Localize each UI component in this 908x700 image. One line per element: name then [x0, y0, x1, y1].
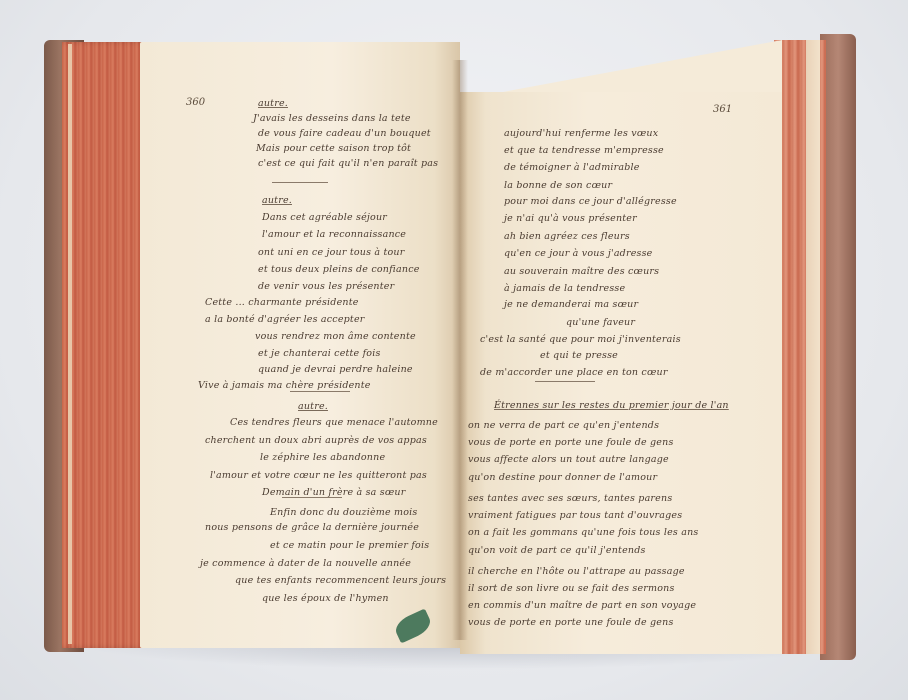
handwritten-line: nous pensons de grâce la dernière journé… — [205, 522, 419, 533]
handwritten-line: vous de porte en porte une foule de gens — [468, 617, 674, 628]
handwritten-line: que les époux de l'hymen — [262, 593, 389, 604]
left-page-edge-highlight — [68, 44, 72, 644]
handwritten-line: et je chanterai cette fois — [258, 348, 381, 359]
right-page-stack — [806, 40, 820, 654]
section-divider — [272, 182, 328, 183]
handwritten-line: qu'en ce jour à vous j'adresse — [504, 248, 653, 259]
handwritten-line: qu'on destine pour donner de l'amour — [468, 472, 657, 483]
handwritten-line: à jamais de la tendresse — [504, 283, 625, 294]
handwritten-line: de venir vous les présenter — [258, 281, 394, 292]
handwritten-line: et ce matin pour le premier fois — [270, 540, 429, 551]
handwritten-line: aujourd'hui renferme les vœux — [504, 128, 658, 139]
right-page-number: 361 — [713, 104, 732, 115]
handwritten-line: vous affecte alors un tout autre langage — [468, 454, 669, 465]
section-divider — [290, 391, 350, 392]
handwritten-line: et qui te presse — [540, 350, 618, 361]
handwritten-line: qu'on voit de part ce qu'il j'entends — [468, 545, 646, 556]
poem-heading: autre. — [262, 195, 292, 206]
handwritten-line: on a fait les gommans qu'une fois tous l… — [468, 527, 698, 538]
handwritten-line: la bonne de son cœur — [504, 180, 612, 191]
handwritten-line: ah bien agréez ces fleurs — [504, 231, 630, 242]
handwritten-line: au souverain maître des cœurs — [504, 266, 659, 277]
handwritten-line: Mais pour cette saison trop tôt — [256, 143, 411, 154]
handwritten-line: l'amour et la reconnaissance — [262, 229, 406, 240]
poem-heading: autre. — [258, 98, 288, 109]
handwritten-line: en commis d'un maître de part en son voy… — [468, 600, 696, 611]
handwritten-line: il sort de son livre ou se fait des serm… — [468, 583, 675, 594]
handwritten-line: le zéphire les abandonne — [260, 452, 385, 463]
book-gutter — [452, 60, 468, 640]
handwritten-line: vous rendrez mon âme contente — [255, 331, 416, 342]
handwritten-line: vous de porte en porte une foule de gens — [468, 437, 674, 448]
handwritten-line: je commence à dater de la nouvelle année — [200, 558, 411, 569]
handwritten-line: on ne verra de part ce qu'en j'entends — [468, 420, 659, 431]
handwritten-line: je ne demanderai ma sœur — [504, 299, 638, 310]
handwritten-line: c'est la santé que pour moi j'inventerai… — [480, 334, 681, 345]
handwritten-line: que tes enfants recommencent leurs jours — [235, 575, 446, 586]
handwritten-line: Vive à jamais ma chère présidente — [198, 380, 371, 391]
handwritten-line: Dans cet agréable séjour — [262, 212, 387, 223]
handwritten-line: Cette ... charmante présidente — [205, 297, 359, 308]
handwritten-line: de m'accorder une place en ton cœur — [480, 367, 668, 378]
handwritten-line: Ces tendres fleurs que menace l'automne — [230, 417, 438, 428]
handwritten-line: qu'une faveur — [566, 317, 635, 328]
handwritten-line: de vous faire cadeau d'un bouquet — [258, 128, 431, 139]
handwritten-line: pour moi dans ce jour d'allégresse — [504, 196, 677, 207]
handwritten-line: a la bonté d'agréer les accepter — [205, 314, 365, 325]
handwritten-line: cherchent un doux abri auprès de vos app… — [205, 435, 427, 446]
left-page-number: 360 — [186, 97, 205, 108]
handwritten-line: je n'ai qu'à vous présenter — [504, 213, 637, 224]
handwritten-line: vraiment fatigues par tous tant d'ouvrag… — [468, 510, 682, 521]
handwritten-line: quand je devrai perdre haleine — [258, 364, 413, 375]
handwritten-line: J'avais les desseins dans la tete — [253, 113, 411, 124]
handwritten-line: l'amour et votre cœur ne les quitteront … — [210, 470, 427, 481]
handwritten-line: et tous deux pleins de confiance — [258, 264, 420, 275]
handwritten-line: ont uni en ce jour tous à tour — [258, 247, 404, 258]
handwritten-line: et que ta tendresse m'empresse — [504, 145, 664, 156]
left-red-page-edges — [62, 42, 148, 648]
section-divider — [282, 497, 342, 498]
handwritten-line: ses tantes avec ses sœurs, tantes parens — [468, 493, 672, 504]
section-divider — [535, 381, 595, 382]
handwritten-line: Enfin donc du douzième mois — [270, 507, 418, 518]
poem-heading: autre. — [298, 401, 328, 412]
poem-heading: Étrennes sur les restes du premier jour … — [494, 400, 729, 411]
handwritten-line: il cherche en l'hôte ou l'attrape au pas… — [468, 566, 685, 577]
handwritten-line: c'est ce qui fait qu'il n'en paraît pas — [258, 158, 438, 169]
handwritten-line: de témoigner à l'admirable — [504, 162, 640, 173]
